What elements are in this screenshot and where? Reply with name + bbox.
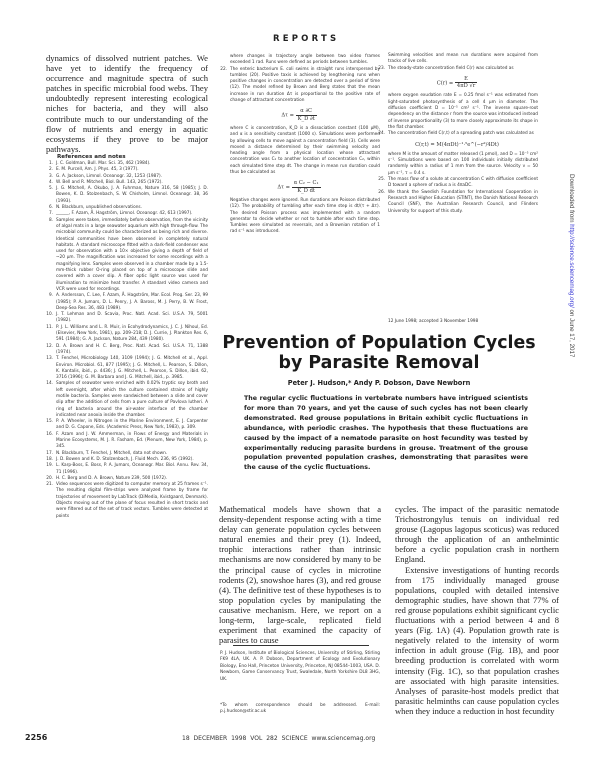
references-list: 1.J. C. Goldman, Bull. Mar. Sci. 35, 462… (44, 161, 208, 520)
reference-item: 16.F. Azam and J. W. Ammerman, in Flows … (44, 432, 208, 451)
fraction: α ∂CK_D ∂t (296, 108, 317, 122)
reference-continuation: where M is the amount of matter released… (376, 152, 538, 177)
reference-item: 14.Samples of seawater were enriched wit… (44, 381, 208, 419)
reference-item: 25.The mass flow of a solute at concentr… (376, 177, 538, 190)
fraction: E4πD √r (455, 76, 477, 90)
reference-item: 22.The enteric bacterium E. coli swims i… (218, 67, 380, 105)
section-header: REPORTS (273, 34, 333, 44)
correspondence-note: *To whom correspondence should be addres… (220, 703, 380, 716)
reference-continuation: where oxygen exudation rate E = 0.25 fmo… (376, 93, 538, 131)
author-affiliations: P. J. Hudson, Institute of Biological Sc… (220, 651, 380, 683)
body-paragraph: cycles. The impact of the parasitic nema… (395, 504, 559, 565)
body-paragraph: Extensive investigations of hunting reco… (395, 565, 559, 716)
reference-item: 26.We thank the Swedish Foundation for I… (376, 190, 538, 215)
reference-item: 24.The concentration field C(r,t) of a s… (376, 131, 538, 137)
body-text-right: cycles. The impact of the parasitic nema… (395, 504, 559, 716)
reference-item: 13.T. Fenchel, Microbiology 140, 3109 (1… (44, 356, 208, 381)
equation: C(r) = E4πD √r (376, 76, 538, 90)
reference-item: 12.D. A. Brown and H. C. Berg, Proc. Nat… (44, 344, 208, 357)
body-text-middle: Mathematical models have shown that a de… (219, 504, 381, 645)
author-list: Peter J. Hudson,* Andy P. Dobson, Dave N… (218, 379, 540, 387)
journal-info: 18 DECEMBER 1998 VOL 282 SCIENCE www.sci… (182, 735, 375, 742)
intro-paragraph: dynamics of dissolved nutrient patches. … (46, 53, 208, 154)
page-number: 2256 (25, 733, 47, 742)
received-accepted-dates: 12 June 1998; accepted 3 November 1998 (388, 319, 478, 324)
reference-continuation: where C is concentration, K_D is a disso… (218, 126, 380, 176)
reference-continuation: Swimming velocities and mean run duratio… (376, 53, 538, 66)
reference-item: 11.P. J. L. Williams and L. R. Muir, in … (44, 325, 208, 344)
source-link[interactable]: http://science.sciencemag.org/ (568, 224, 575, 308)
reference-item: 15.P. A. Wheeler, in Nitrogen in the Mar… (44, 419, 208, 432)
article-title: Prevention of Population Cycles by Paras… (218, 333, 540, 373)
references-heading: References and notes (57, 154, 126, 160)
equation: Δτ = α ∂CK_D ∂t (218, 108, 380, 122)
references-list-right: Swimming velocities and mean run duratio… (376, 53, 538, 215)
reference-item: 21.Video sequences were digitized to com… (44, 482, 208, 520)
equation: Δτ = α C₂ − C₁K_D dt (218, 180, 380, 194)
reference-item: 23.The steady-state concentration field … (376, 66, 538, 72)
reference-continuation: Negative changes were ignored. Run durat… (218, 198, 380, 236)
divider (233, 645, 369, 646)
equation: C(r,t) = M(4πDt)⁻¹·⁵e^(−r²/4Dt) (376, 142, 538, 148)
reference-item: 9.A. Andersson, C. Lee, F. Azam, Å. Hags… (44, 293, 208, 312)
reference-item: 10.J. T. Lehman and D. Scavia, Proc. Nat… (44, 312, 208, 325)
reference-item: 8.Samples were taken, immediately before… (44, 218, 208, 294)
download-notice: Downloaded from http://science.sciencema… (568, 174, 575, 554)
reference-item: 19.L. Karp-Boss, E. Boss, P. A. Jumars, … (44, 463, 208, 476)
reference-item: 5.J. G. Mitchell, A. Okubo, J. A. Fuhrma… (44, 186, 208, 205)
reference-continuation: where changes in trajectory angle betwee… (218, 54, 380, 67)
abstract: The regular cyclic fluctuations in verte… (244, 394, 528, 473)
fraction: α C₂ − C₁K_D dt (292, 180, 321, 194)
references-list-middle: where changes in trajectory angle betwee… (218, 54, 380, 236)
